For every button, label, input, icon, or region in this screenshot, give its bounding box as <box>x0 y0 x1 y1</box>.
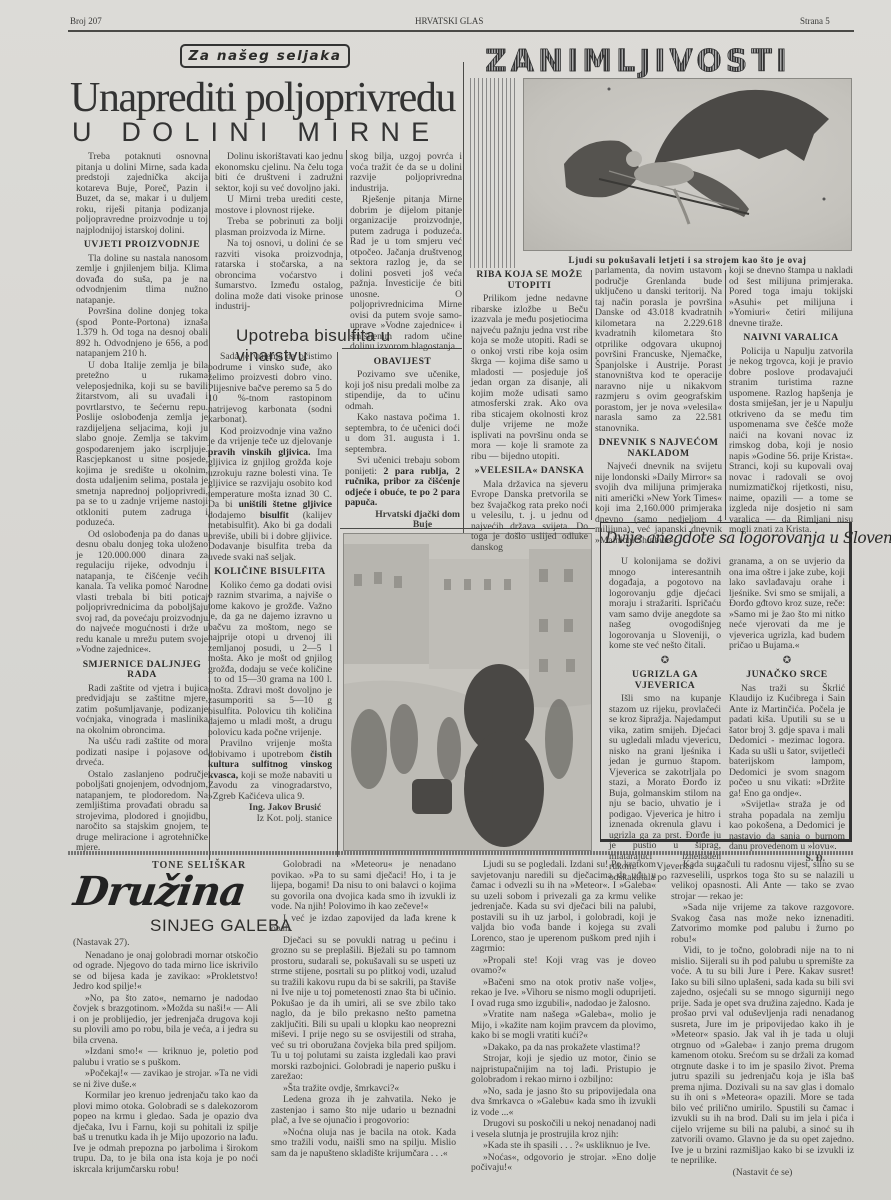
denmark-article-title: »VELESILA« DANSKA <box>471 466 588 477</box>
curiosities-section-title: ZANIMLJIVOSTI <box>485 44 855 79</box>
heart-anecdote-title: JUNAČKO SRCE <box>729 670 845 681</box>
paragraph: Svi učenici trebaju sobom ponijeti: 2 pa… <box>345 456 460 509</box>
to-be-continued: (Nastavit će se) <box>671 1168 854 1179</box>
paragraph: »No, sada je jasno što su pripovijedala … <box>471 1087 656 1119</box>
paragraph: »Kada ste ih spasili . . . ?« uskliknuo … <box>471 1141 656 1152</box>
subheading-conditions: UVJETI PROIZVODNJE <box>76 240 208 251</box>
paragraph: Od oslobođenja pa do danas u desnu obalu… <box>76 530 208 656</box>
paragraph: »Sada nije vrijeme za takove razgovore. … <box>671 903 854 945</box>
paragraph: »Noćas«, odgovorio je strojar. »Eno dolj… <box>471 1153 656 1174</box>
notice-signature: Hrvatski đjački dom <box>345 510 460 521</box>
paragraph: »No, pa što zato«, nemarno je nadodao čo… <box>73 994 258 1047</box>
section-separator <box>68 851 854 855</box>
paragraph: »Počekaj!« — zavikao je strojar. »Ta ne … <box>73 1069 258 1090</box>
headline-subtitle: U DOLINI MIRNE <box>72 117 467 148</box>
newspaper-page: Broj 207 HRVATSKI GLAS Strana 5 Za našeg… <box>0 0 891 1200</box>
paragraph: »Šta tražite ovdje, šmrkavci?« <box>271 1084 456 1095</box>
paragraph: skog bilja, uzgoj povrća i voća tražit ć… <box>350 152 462 194</box>
swindler-article-title: NAIVNI VARALICA <box>729 333 853 344</box>
paragraph: U Mirni treba urediti ceste, mostove i p… <box>215 195 343 216</box>
paragraph: parlamenta, da novim ustavom područje Gr… <box>595 266 722 434</box>
serial-title: Družina <box>71 868 248 915</box>
notice-title: OBAVIJEST <box>345 356 460 367</box>
flying-machine-illustration <box>524 79 852 251</box>
paragraph: I već je izdao zapovijed da lađa krene k… <box>271 914 456 935</box>
installment-number: (Nastavak 27). <box>73 938 258 949</box>
paragraph: Koliko ćemo ga dodati ovisi o raznim stv… <box>208 581 332 739</box>
paragraph: »Bačeni smo na otok protiv naše volje«, … <box>471 978 656 1010</box>
paragraph: Radi zaštite od vjetra i bujica predvidj… <box>76 684 208 737</box>
star-ornament-icon: ✪ <box>729 656 845 667</box>
paragraph: koji se dnevno štampa u nakladi od šest … <box>729 266 853 329</box>
column-divider <box>337 352 338 857</box>
paragraph: Površina doline donjeg toka (spod Ponte-… <box>76 307 208 360</box>
denmark-article-continued: parlamenta, da novim ustavom područje Gr… <box>595 266 722 547</box>
text: dodajemo <box>208 510 260 521</box>
paragraph: Dolinu iskorištavati kao jednu ekonomsku… <box>215 152 343 194</box>
paragraph: Vidi, to je točno, golobradi nije na to … <box>671 946 854 1167</box>
paragraph: Kod proizvodnje vina važno je da vrijenj… <box>208 427 332 564</box>
paragraph: Policija u Napulju zatvorila je nekog tr… <box>729 347 853 536</box>
paragraph: »Noćna oluja nas je bacila na otok. Kada… <box>271 1128 456 1160</box>
paragraph: Ljudi su se pogledali. Izdani su! Po kra… <box>471 860 656 955</box>
paragraph: Na ušću radi zaštite od mora podizati na… <box>76 737 208 769</box>
paragraph: Pravilno vrijenje mošta dobivamo i upotr… <box>208 739 332 802</box>
market-scene-photo <box>343 533 592 851</box>
paragraph: Sada je vrijeme da očistimo podrume i vi… <box>208 352 332 426</box>
paragraph: Drugovi su poskočili u nekoj nenadanoj n… <box>471 1119 656 1140</box>
paragraph: »Izdani smo!« — kriknuo je, poletio pod … <box>73 1047 258 1068</box>
author-signature: Ing. Jakov Brusić <box>208 803 332 814</box>
paragraph: Mala državica na sjeveru Evrope Danska p… <box>471 480 588 554</box>
lead-article-column-2: Dolinu iskorištavati kao jednu ekonomsku… <box>215 152 343 314</box>
newspaper-article-title: DNEVNIK S NAJVEĆOM NAKLADOM <box>595 438 722 459</box>
anecdotes-box: Dvije anegdote sa logorovanja u Slovenij… <box>600 522 852 842</box>
column-divider <box>591 270 592 520</box>
issue-number: Broj 207 <box>70 16 102 26</box>
fish-article: RIBA KOJA SE MOŽE UTOPITI Prilikom jedne… <box>471 266 588 554</box>
paragraph: Golobradi na »Meteoru« je nenadano povik… <box>271 860 456 913</box>
paper-title: HRVATSKI GLAS <box>415 16 483 26</box>
paragraph: Kako nastava počima 1. septembra, to će … <box>345 413 460 455</box>
star-ornament-icon: ✪ <box>609 656 721 667</box>
wine-article-body: Sada je vrijeme da očistimo podrume i vi… <box>208 352 332 824</box>
column-divider <box>725 270 726 520</box>
paragraph: Tla doline su nastala nanosom zemlje i g… <box>76 254 208 307</box>
column-divider <box>346 150 347 260</box>
paragraph: Treba potaknuti osnovna pitanja u dolini… <box>76 152 208 236</box>
fish-article-title: RIBA KOJA SE MOŽE UTOPITI <box>471 270 588 291</box>
headline: Unaprediti poljoprivredu <box>70 74 465 122</box>
paragraph: granama, a on se uvjerio da ona ima oštr… <box>729 557 845 652</box>
subheading-guidelines: SMJERNICE DALJNJEG RADA <box>76 660 208 681</box>
paragraph: Kada su začuli tu radosnu vijest, silno … <box>671 860 854 902</box>
header-rule <box>68 30 854 32</box>
paragraph: U kolonijama se doživi mnogo interesantn… <box>609 557 721 652</box>
paragraph: U doba Italije zemlja je bila pretežno u… <box>76 361 208 529</box>
anecdotes-column-1: U kolonijama se doživi mnogo interesantn… <box>609 557 721 884</box>
paragraph: »Vratite nam našega »Galeba«, molio je M… <box>471 1010 656 1042</box>
paragraph: Nenadano je onaj golobradi mornar otskoč… <box>73 951 258 993</box>
paragraph: Ostalo zaslanjeno područje poboljšati gn… <box>76 770 208 854</box>
paragraph: Na toj osnovi, u dolini će se razviti vi… <box>215 239 343 313</box>
serial-column-2: Golobradi na »Meteoru« je nenadano povik… <box>271 860 456 1160</box>
decorative-stripes <box>470 78 518 268</box>
lead-article-column-3: skog bilja, uzgoj povrća i voća tražit ć… <box>350 152 462 354</box>
serial-column-4: Kada su začuli tu radosnu vijest, silno … <box>671 860 854 1178</box>
flying-machine-photo <box>523 78 852 251</box>
paragraph: Strojar, koji je sjedio uz motor, činio … <box>471 1054 656 1086</box>
text: Kod proizvodnje vina važno je da vrijenj… <box>208 426 332 448</box>
page-number: Strana 5 <box>800 16 830 26</box>
paragraph: Ledena groza ih je zahvatila. Neko je za… <box>271 1095 456 1127</box>
paragraph: »Dakako, pa da nas prokažete vlastima!? <box>471 1043 656 1054</box>
anecdotes-column-2: granama, a on se uvjerio da ona ima oštr… <box>729 557 845 864</box>
emphasis: bisulfit <box>260 510 289 521</box>
lead-article-column-1: Treba potaknuti osnovna pitanja u dolini… <box>76 152 208 855</box>
anecdotes-title: Dvije anegdote sa logorovanja u Slovenij… <box>605 529 891 547</box>
notice-rule <box>342 348 462 349</box>
squirrel-anecdote-title: UGRIZLA GA VJEVERICA <box>609 670 721 691</box>
serial-column-3: Ljudi su se pogledali. Izdani su! Po kra… <box>471 860 656 1175</box>
subheading-quantities: KOLIČINE BISULFITA <box>208 567 332 578</box>
emphasis: pravih vinskih gljivica. <box>208 447 310 458</box>
serial-column-1: (Nastavak 27). Nenadano je onaj golobrad… <box>73 938 258 1176</box>
paragraph: Pozivamo sve učenike, koji još nisu pred… <box>345 370 460 412</box>
emphasis: uništili štetne gljivice <box>239 499 332 510</box>
notice-body: Pozivamo sve učenike, koji još nisu pred… <box>345 370 460 531</box>
paragraph: Prilikom jedne nedavne ribarske izložbe … <box>471 294 588 462</box>
photo-caption: Ljudi su pokušavali letjeti i sa strojem… <box>523 255 852 265</box>
paragraph: »Propali ste! Koji vrag vas je doveo ova… <box>471 956 656 977</box>
paragraph: Nas traži su Škrlić Klaudijo iz Kućibreg… <box>729 684 845 800</box>
source-line: Iz Kot. polj. stanice <box>208 814 332 825</box>
market-scene-illustration <box>344 534 592 851</box>
paragraph: Treba se pobrinuti za bolji plasman proi… <box>215 217 343 238</box>
newspaper-article-continued: koji se dnevno štampa u nakladi od šest … <box>729 266 853 537</box>
paragraph: Kormilar jeo krenuo jedrenjaču tako kao … <box>73 1091 258 1175</box>
paragraph: »Svijetla« straža je od straha popadala … <box>729 800 845 853</box>
paragraph: Dječaci su se povukli natrag u pećinu i … <box>271 936 456 1083</box>
kicker-box: Za našeg seljaka <box>180 44 350 68</box>
